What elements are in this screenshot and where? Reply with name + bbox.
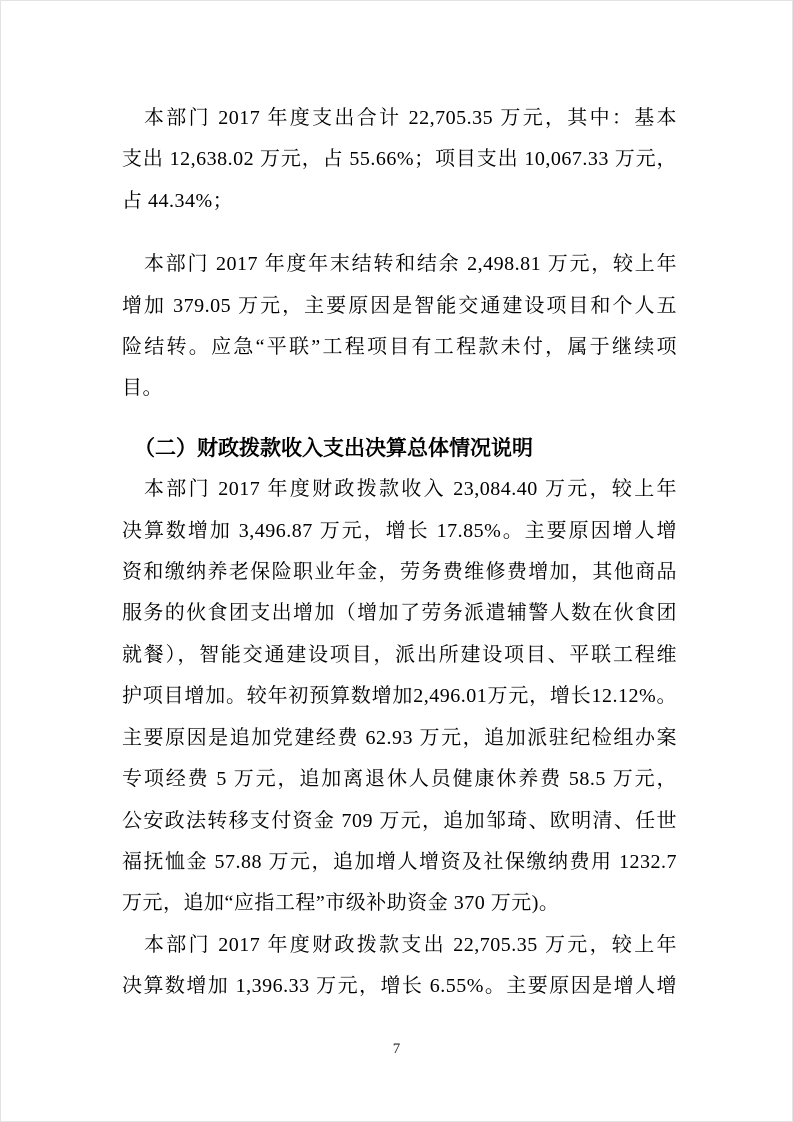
text-line: 目。 — [122, 368, 677, 409]
text-line: 资和缴纳养老保险职业年金，劳务费维修费增加，其他商品 — [122, 552, 677, 593]
text-line: 增加 379.05 万元，主要原因是智能交通建设项目和个人五 — [122, 286, 677, 327]
text-line: 险结转。应急“平联”工程项目有工程款未付，属于继续项 — [122, 327, 677, 368]
text-line: 福抚恤金 57.88 万元，追加增人增资及社保缴纳费用 1232.7 — [122, 842, 677, 883]
text-line: 专项经费 5 万元，追加离退休人员健康休养费 58.5 万元， — [122, 759, 677, 800]
paragraph-fiscal-expenditure: 本部门 2017 年度财政拨款支出 22,705.35 万元，较上年 决算数增加… — [122, 925, 677, 1008]
page-number: 7 — [1, 1039, 792, 1059]
section-heading: （二）财政拨款收入支出决算总体情况说明 — [122, 428, 677, 469]
text-line: 护项目增加。较年初预算数增加2,496.01万元，增长12.12%。 — [122, 676, 677, 717]
text-line: 本部门 2017 年度年末结转和结余 2,498.81 万元，较上年 — [122, 244, 677, 285]
text-line: 本部门 2017 年度财政拨款收入 23,084.40 万元，较上年 — [122, 469, 677, 510]
text-line: 万元，追加“应指工程”市级补助资金 370 万元)。 — [122, 883, 677, 924]
section-heading-text: （二）财政拨款收入支出决算总体情况说明 — [122, 428, 677, 469]
text-line: 占 44.34%； — [122, 181, 677, 222]
paragraph-carryover: 本部门 2017 年度年末结转和结余 2,498.81 万元，较上年 增加 37… — [122, 244, 677, 410]
text-line: 服务的伙食团支出增加（增加了劳务派遣辅警人数在伙食团 — [122, 593, 677, 634]
text-line: 支出 12,638.02 万元，占 55.66%；项目支出 10,067.33 … — [122, 139, 677, 180]
document-page: 本部门 2017 年度支出合计 22,705.35 万元，其中：基本 支出 12… — [0, 0, 793, 1122]
paragraph-fiscal-income: 本部门 2017 年度财政拨款收入 23,084.40 万元，较上年 决算数增加… — [122, 469, 677, 924]
text-line: 就餐），智能交通建设项目，派出所建设项目、平联工程维 — [122, 635, 677, 676]
text-line: 公安政法转移支付资金 709 万元，追加邹琦、欧明清、任世 — [122, 801, 677, 842]
text-line: 决算数增加 1,396.33 万元，增长 6.55%。主要原因是增人增 — [122, 966, 677, 1007]
page-content: 本部门 2017 年度支出合计 22,705.35 万元，其中：基本 支出 12… — [122, 98, 677, 1008]
text-line: 决算数增加 3,496.87 万元，增长 17.85%。主要原因增人增 — [122, 511, 677, 552]
text-line: 本部门 2017 年度支出合计 22,705.35 万元，其中：基本 — [122, 98, 677, 139]
paragraph-expenditure-total: 本部门 2017 年度支出合计 22,705.35 万元，其中：基本 支出 12… — [122, 98, 677, 222]
text-line: 主要原因是追加党建经费 62.93 万元，追加派驻纪检组办案 — [122, 718, 677, 759]
text-line: 本部门 2017 年度财政拨款支出 22,705.35 万元，较上年 — [122, 925, 677, 966]
